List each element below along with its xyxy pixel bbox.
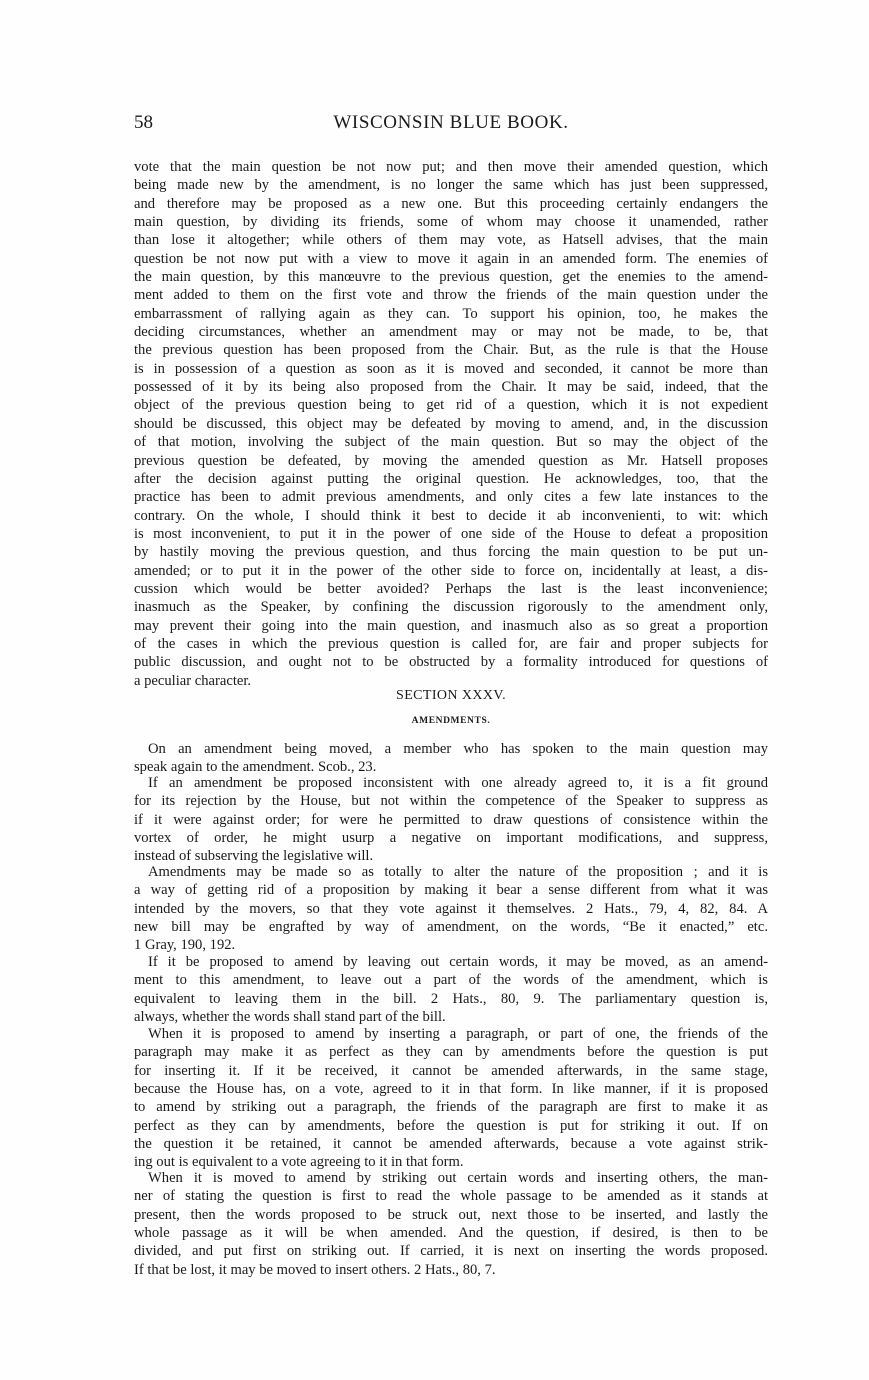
running-title: WISCONSIN BLUE BOOK. (134, 112, 768, 134)
text-line: object of the previous question being to… (134, 396, 768, 414)
page-header: 58 WISCONSIN BLUE BOOK. (134, 112, 768, 138)
text-line: for inserting it. If it be received, it … (134, 1062, 768, 1080)
text-line: If that be lost, it may be moved to inse… (134, 1261, 768, 1279)
text-line: contrary. On the whole, I should think i… (134, 507, 768, 525)
paragraph: When it is moved to amend by striking ou… (134, 1169, 768, 1279)
book-page: 58 WISCONSIN BLUE BOOK. vote that the ma… (0, 0, 869, 1380)
paragraph: Amendments may be made so as totally to … (134, 863, 768, 955)
text-line: amended; or to put it in the power of th… (134, 562, 768, 580)
text-line: present, then the words proposed to be s… (134, 1206, 768, 1224)
text-line: for its rejection by the House, but not … (134, 792, 768, 810)
text-line: embarrassment of rallying again as they … (134, 305, 768, 323)
text-line: because the House has, on a vote, agreed… (134, 1080, 768, 1098)
continued-paragraph: vote that the main question be not now p… (134, 158, 768, 690)
text-line: inasmuch as the Speaker, by confining th… (134, 598, 768, 616)
text-line: Amendments may be made so as totally to … (134, 863, 768, 881)
text-line: new bill may be engrafted by way of amen… (134, 918, 768, 936)
text-line: is in possession of a question as soon a… (134, 360, 768, 378)
section-title: SECTION XXXV. (134, 688, 768, 704)
text-line: equivalent to leaving them in the bill. … (134, 990, 768, 1008)
text-line: is most inconvenient, to put it in the p… (134, 525, 768, 543)
section-subtitle: AMENDMENTS. (134, 716, 768, 726)
paragraph: If it be proposed to amend by leaving ou… (134, 953, 768, 1026)
text-line: if it were against order; for were he pe… (134, 811, 768, 829)
text-line: after the decision against putting the o… (134, 470, 768, 488)
paragraph: If an amendment be proposed inconsistent… (134, 774, 768, 866)
paragraph: When it is proposed to amend by insertin… (134, 1025, 768, 1172)
text-line: cussion which would be better avoided? P… (134, 580, 768, 598)
text-line: of that motion, involving the subject of… (134, 433, 768, 451)
text-line: a way of getting rid of a proposition by… (134, 881, 768, 899)
text-line: possessed of it by its being also propos… (134, 378, 768, 396)
text-line: previous question be defeated, by moving… (134, 452, 768, 470)
text-line: vote that the main question be not now p… (134, 158, 768, 176)
text-line: divided, and put first on striking out. … (134, 1242, 768, 1260)
text-line: the main question, by this manœuvre to t… (134, 268, 768, 286)
text-line: If it be proposed to amend by leaving ou… (134, 953, 768, 971)
text-line: ment added to them on the first vote and… (134, 286, 768, 304)
text-line: whole passage as it will be when amended… (134, 1224, 768, 1242)
text-line: than lose it altogether; while others of… (134, 231, 768, 249)
text-line: When it is moved to amend by striking ou… (134, 1169, 768, 1187)
text-line: to amend by striking out a paragraph, th… (134, 1098, 768, 1116)
text-line: being made new by the amendment, is no l… (134, 176, 768, 194)
text-line: perfect as they can by amendments, befor… (134, 1117, 768, 1135)
text-line: paragraph may make it as perfect as they… (134, 1043, 768, 1061)
text-line: always, whether the words shall stand pa… (134, 1008, 768, 1026)
text-line: On an amendment being moved, a member wh… (134, 740, 768, 758)
text-line: intended by the movers, so that they vot… (134, 900, 768, 918)
text-line: of the cases in which the previous quest… (134, 635, 768, 653)
text-line: question be not now put with a view to m… (134, 250, 768, 268)
text-line: by hastily moving the previous question,… (134, 543, 768, 561)
text-line: the question it be retained, it cannot b… (134, 1135, 768, 1153)
text-line: should be discussed, this object may be … (134, 415, 768, 433)
text-line: main question, by dividing its friends, … (134, 213, 768, 231)
text-line: practice has been to admit previous amen… (134, 488, 768, 506)
text-line: may prevent their going into the main qu… (134, 617, 768, 635)
text-line: If an amendment be proposed inconsistent… (134, 774, 768, 792)
text-line: When it is proposed to amend by insertin… (134, 1025, 768, 1043)
text-line: ment to this amendment, to leave out a p… (134, 971, 768, 989)
text-line: vortex of order, he might usurp a negati… (134, 829, 768, 847)
text-line: and therefore may be proposed as a new o… (134, 195, 768, 213)
text-line: ner of stating the question is first to … (134, 1187, 768, 1205)
text-line: the previous question has been proposed … (134, 341, 768, 359)
text-line: deciding circumstances, whether an amend… (134, 323, 768, 341)
paragraph: On an amendment being moved, a member wh… (134, 740, 768, 777)
text-line: 1 Gray, 190, 192. (134, 936, 768, 954)
text-line: public discussion, and ought not to be o… (134, 653, 768, 671)
